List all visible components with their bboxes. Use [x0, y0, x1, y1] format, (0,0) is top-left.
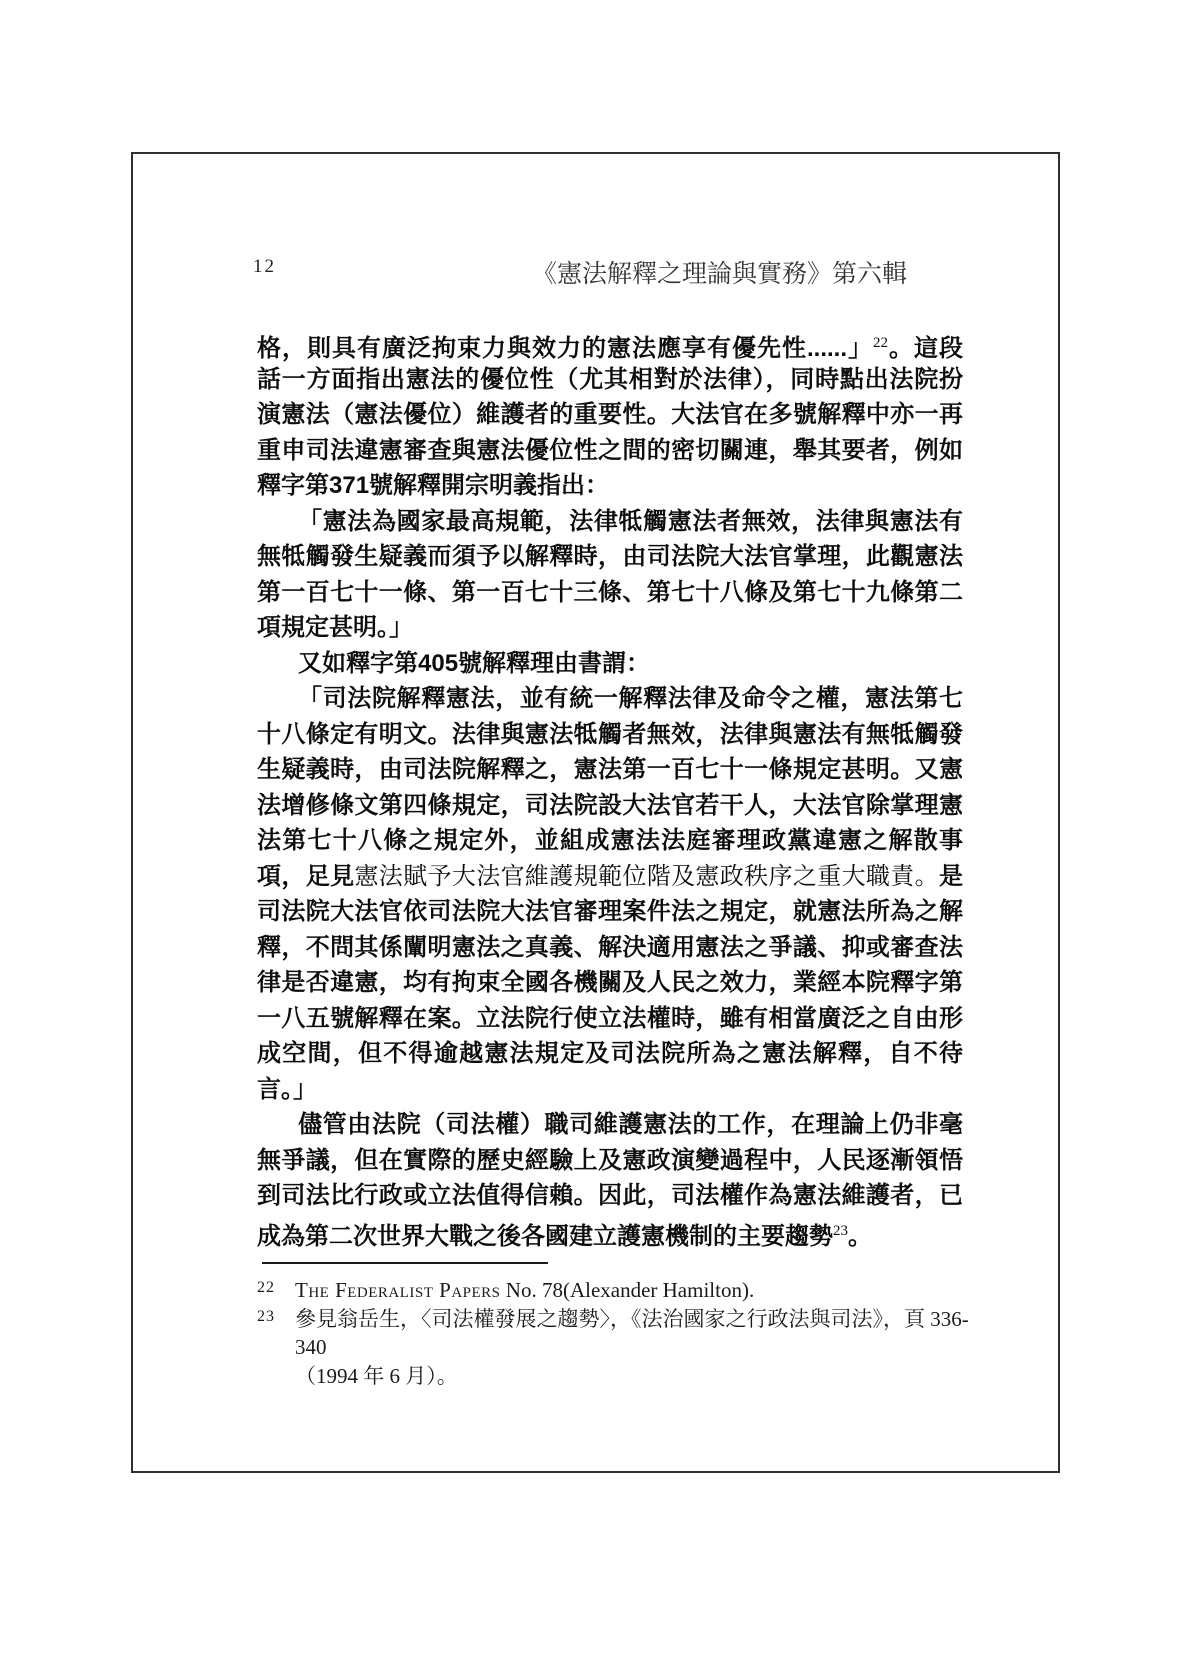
text-segment: 一八五號解釋在案。立法院行使立法權時，雖有相當廣泛之自由形 [257, 1005, 963, 1032]
footnote-reference: 22 [873, 335, 888, 351]
body-line: 無牴觸發生疑義而須予以解釋時，由司法院大法官掌理，此觀憲法 [257, 539, 963, 575]
body-line: 律是否違憲，均有拘束全國各機關及人民之效力，業經本院釋字第 [257, 965, 963, 1001]
text-segment: 。 [848, 1223, 872, 1250]
text-segment: 是 [939, 863, 963, 890]
text-segment: 項，足見 [257, 863, 354, 890]
body-line: 到司法比行政或立法值得信賴。因此，司法權作為憲法維護者，已 [257, 1178, 963, 1214]
text-segment: 無爭議，但在實際的歷史經驗上及憲政演變過程中，人民逐漸領悟 [257, 1147, 963, 1174]
text-segment: 「憲法為國家最高規範，法律牴觸憲法者無效，法律與憲法有 [298, 508, 963, 535]
body-line: 成為第二次世界大戰之後各國建立護憲機制的主要趨勢23。 [257, 1214, 963, 1250]
body-line: 第一百七十一條、第一百七十三條、第七十八條及第七十九條第二 [257, 575, 963, 611]
body-line: 「憲法為國家最高規範，法律牴觸憲法者無效，法律與憲法有 [257, 504, 963, 540]
text-segment: 無牴觸發生疑義而須予以解釋時，由司法院大法官掌理，此觀憲法 [257, 543, 963, 570]
document-page: { "page": { "number": "12", "header_titl… [0, 0, 1177, 1664]
text-segment: 生疑義時，由司法院解釋之，憲法第一百七十一條規定甚明。又憲 [257, 756, 963, 783]
body-line: 又如釋字第405號解釋理由書謂： [257, 646, 963, 682]
text-segment: 。這段 [888, 335, 963, 362]
text-segment: 到司法比行政或立法值得信賴。因此，司法權作為憲法維護者，已 [257, 1182, 963, 1209]
body-line: 格，則具有廣泛拘束力與效力的憲法應享有優先性......」22。這段 [257, 326, 963, 362]
text-segment: 又如釋字第405號解釋理由書謂： [298, 650, 650, 677]
body-line: 言。」 [257, 1072, 963, 1108]
text-segment: 參見翁岳生，〈司法權發展之趨勢〉，《法治國家之行政法與司法》，頁 336-340 [295, 1307, 969, 1360]
text-segment: 演憲法（憲法優位）維護者的重要性。大法官在多號解釋中亦一再 [257, 401, 963, 428]
footnote-line: The Federalist Papers No. 78(Alexander H… [295, 1276, 973, 1305]
footnote-text: 參見翁岳生，〈司法權發展之趨勢〉，《法治國家之行政法與司法》，頁 336-340… [295, 1305, 973, 1391]
text-segment: 格，則具有廣泛拘束力與效力的憲法應享有優先性......」 [257, 335, 873, 362]
body-line: 司法院大法官依司法院大法官審理案件法之規定，就憲法所為之解 [257, 894, 963, 930]
text-segment: 重申司法違憲審查與憲法優位性之間的密切關連，舉其要者，例如 [257, 437, 963, 464]
text-segment: 成為第二次世界大戰之後各國建立護憲機制的主要趨勢 [257, 1223, 833, 1250]
text-segment: 法第七十八條之規定外，並組成憲法法庭審理政黨違憲之解散事 [257, 827, 963, 854]
text-segment: 儘管由法院（司法權）職司維護憲法的工作，在理論上仍非毫 [298, 1111, 963, 1138]
running-header-title: 《憲法解釋之理論與實務》第六輯 [532, 254, 907, 290]
text-segment: 「司法院解釋憲法，並有統一解釋法律及命令之權，憲法第七 [298, 685, 963, 712]
footnote-number: 23 [257, 1305, 295, 1326]
body-line: 生疑義時，由司法院解釋之，憲法第一百七十一條規定甚明。又憲 [257, 752, 963, 788]
text-segment: （1994 年 6 月）。 [295, 1364, 458, 1388]
body-text: 格，則具有廣泛拘束力與效力的憲法應享有優先性......」22。這段話一方面指出… [257, 326, 963, 1249]
body-line: 無爭議，但在實際的歷史經驗上及憲政演變過程中，人民逐漸領悟 [257, 1143, 963, 1179]
body-line: 演憲法（憲法優位）維護者的重要性。大法官在多號解釋中亦一再 [257, 397, 963, 433]
body-line: 項規定甚明。」 [257, 610, 963, 646]
body-line: 儘管由法院（司法權）職司維護憲法的工作，在理論上仍非毫 [257, 1107, 963, 1143]
text-segment: 法增修條文第四條規定，司法院設大法官若干人，大法官除掌理憲 [257, 792, 963, 819]
body-line: 重申司法違憲審查與憲法優位性之間的密切關連，舉其要者，例如 [257, 433, 963, 469]
text-segment: 成空間，但不得逾越憲法規定及司法院所為之憲法解釋，自不待 [257, 1040, 963, 1067]
footnote-text: The Federalist Papers No. 78(Alexander H… [295, 1276, 973, 1305]
body-line: 法第七十八條之規定外，並組成憲法法庭審理政黨違憲之解散事 [257, 823, 963, 859]
footnotes: 22The Federalist Papers No. 78(Alexander… [257, 1276, 973, 1390]
footnote-line: 參見翁岳生，〈司法權發展之趨勢〉，《法治國家之行政法與司法》，頁 336-340 [295, 1305, 973, 1362]
footnote-number: 22 [257, 1276, 295, 1297]
footnote-separator [262, 1262, 548, 1264]
body-line: 一八五號解釋在案。立法院行使立法權時，雖有相當廣泛之自由形 [257, 1001, 963, 1037]
text-segment: 釋，不問其係闡明憲法之真義、解決適用憲法之爭議、抑或審查法 [257, 934, 963, 961]
body-line: 成空間，但不得逾越憲法規定及司法院所為之憲法解釋，自不待 [257, 1036, 963, 1072]
text-segment: 十八條定有明文。法律與憲法牴觸者無效，法律與憲法有無牴觸發 [257, 721, 963, 748]
body-line: 話一方面指出憲法的優位性（尤其相對於法律），同時點出法院扮 [257, 362, 963, 398]
body-line: 釋，不問其係闡明憲法之真義、解決適用憲法之爭議、抑或審查法 [257, 930, 963, 966]
text-segment: 司法院大法官依司法院大法官審理案件法之規定，就憲法所為之解 [257, 898, 963, 925]
text-segment: 話一方面指出憲法的優位性（尤其相對於法律），同時點出法院扮 [257, 366, 963, 393]
page-frame: 12 《憲法解釋之理論與實務》第六輯 格，則具有廣泛拘束力與效力的憲法應享有優先… [131, 152, 1060, 1473]
footnote-line: （1994 年 6 月）。 [295, 1362, 973, 1391]
text-segment: No. 78(Alexander Hamilton). [501, 1278, 755, 1302]
body-line: 釋字第371號解釋開宗明義指出： [257, 468, 963, 504]
footnote: 23參見翁岳生，〈司法權發展之趨勢〉，《法治國家之行政法與司法》，頁 336-3… [257, 1305, 973, 1391]
body-line: 法增修條文第四條規定，司法院設大法官若干人，大法官除掌理憲 [257, 788, 963, 824]
text-segment: 憲法賦予大法官維護規範位階及憲政秩序之重大職責。 [354, 864, 939, 890]
text-segment: 律是否違憲，均有拘束全國各機關及人民之效力，業經本院釋字第 [257, 969, 963, 996]
body-line: 十八條定有明文。法律與憲法牴觸者無效，法律與憲法有無牴觸發 [257, 717, 963, 753]
text-segment: 言。」 [257, 1076, 317, 1103]
page-number: 12 [253, 256, 276, 278]
footnote: 22The Federalist Papers No. 78(Alexander… [257, 1276, 973, 1305]
body-line: 項，足見憲法賦予大法官維護規範位階及憲政秩序之重大職責。是 [257, 859, 963, 895]
text-segment: 項規定甚明。」 [257, 614, 413, 641]
text-segment: The Federalist Papers [295, 1278, 501, 1302]
text-segment: 第一百七十一條、第一百七十三條、第七十八條及第七十九條第二 [257, 579, 963, 606]
body-line: 「司法院解釋憲法，並有統一解釋法律及命令之權，憲法第七 [257, 681, 963, 717]
footnote-reference: 23 [833, 1223, 848, 1239]
text-segment: 釋字第371號解釋開宗明義指出： [257, 472, 609, 499]
